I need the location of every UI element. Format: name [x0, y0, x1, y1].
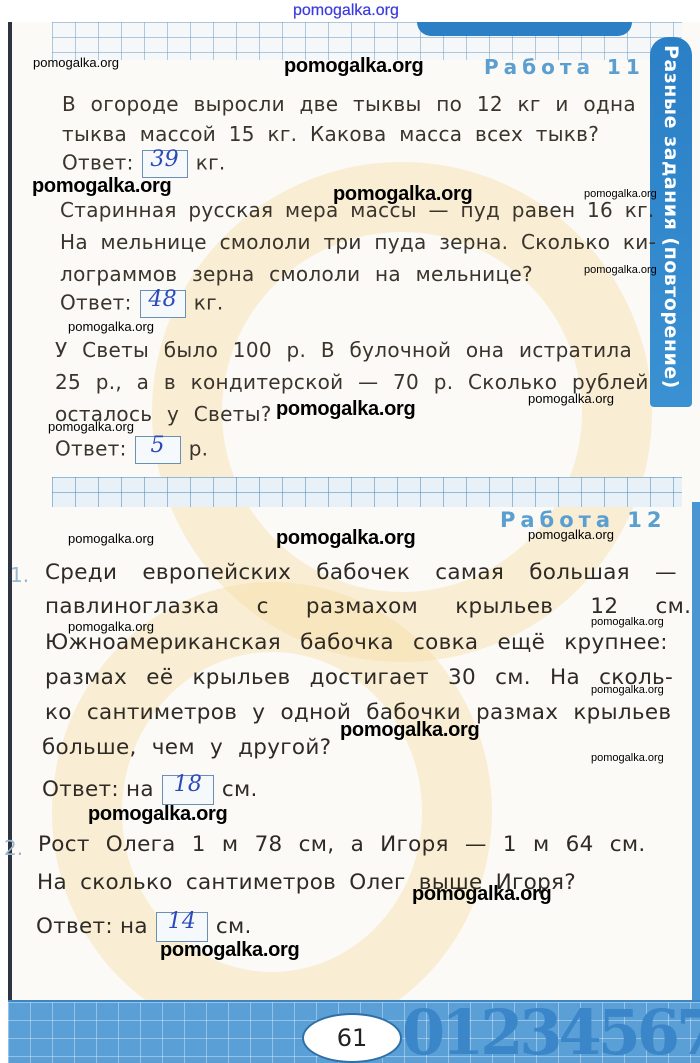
- section-side-tab-label: Разные задания (повторение): [660, 45, 682, 389]
- task-number: 1.: [10, 563, 29, 587]
- answer-unit: см.: [222, 777, 258, 802]
- watermark: pomogalka.org: [584, 264, 657, 276]
- top-tab-decoration: [417, 22, 632, 36]
- watermark: pomogalka.org: [33, 55, 119, 70]
- site-watermark-top: pomogalka.org: [293, 2, 399, 20]
- answer-unit: кг.: [196, 151, 226, 175]
- watermark: pomogalka.org: [68, 531, 154, 546]
- answer-row-11-2: Ответ:48кг.: [60, 290, 224, 318]
- watermark: pomogalka.org: [528, 527, 614, 542]
- watermark: pomogalka.org: [68, 619, 154, 634]
- answer-row-12-2: Ответ: на14см.: [36, 912, 252, 942]
- watermark: pomogalka.org: [528, 391, 614, 406]
- answer-value: 5: [136, 433, 180, 458]
- answer-label: Ответ: на: [36, 914, 148, 939]
- watermark: pomogalka.org: [591, 684, 664, 696]
- watermark: pomogalka.org: [276, 398, 415, 421]
- task-text-line: Рост Олега 1 м 78 см, а Игоря — 1 м 64 с…: [38, 832, 646, 857]
- answer-label: Ответ:: [60, 291, 132, 315]
- answer-row-11-1: Ответ:39кг.: [62, 150, 226, 178]
- task-text-line: размах её крыльев достигает 30 см. На ск…: [45, 665, 673, 690]
- task-text-line: У Светы было 100 р. В булочной она истра…: [55, 338, 632, 362]
- answer-unit: кг.: [194, 291, 224, 315]
- answer-value: 39: [143, 147, 187, 172]
- task-text-line: лограммов зерна смололи на мельнице?: [60, 262, 533, 286]
- task-number: 2.: [4, 836, 23, 860]
- watermark: pomogalka.org: [591, 752, 664, 764]
- answer-box[interactable]: 14: [156, 912, 208, 942]
- answer-label: Ответ: на: [42, 777, 154, 802]
- answer-value: 14: [157, 909, 207, 934]
- answer-unit: р.: [189, 437, 209, 461]
- middle-grid-band: [52, 477, 682, 507]
- answer-box[interactable]: 18: [162, 775, 214, 805]
- decorative-digits: 012345678: [402, 1003, 700, 1063]
- task-text-line: На мельнице смололи три пуда зерна. Скол…: [60, 230, 656, 254]
- watermark: pomogalka.org: [88, 803, 227, 826]
- watermark: pomogalka.org: [412, 883, 551, 906]
- watermark: pomogalka.org: [584, 188, 657, 200]
- work-11-title: Работа 11: [484, 55, 645, 79]
- watermark: pomogalka.org: [160, 939, 299, 962]
- answer-row-12-1: Ответ: на18см.: [42, 775, 258, 805]
- section-side-tab: Разные задания (повторение): [650, 37, 692, 407]
- watermark: pomogalka.org: [591, 616, 664, 628]
- watermark: pomogalka.org: [333, 183, 472, 206]
- watermark: pomogalka.org: [48, 419, 134, 434]
- watermark: pomogalka.org: [32, 175, 171, 198]
- answer-value: 48: [141, 287, 185, 312]
- watermark: pomogalka.org: [276, 527, 415, 550]
- task-text-line: В огороде выросли две тыквы по 12 кг и о…: [62, 92, 636, 116]
- task-text-line: больше, чем у другой?: [42, 735, 331, 760]
- watermark: pomogalka.org: [68, 319, 154, 334]
- watermark: pomogalka.org: [284, 55, 423, 78]
- answer-box[interactable]: 48: [140, 290, 186, 318]
- answer-label: Ответ:: [55, 437, 127, 461]
- answer-box[interactable]: 39: [142, 150, 188, 178]
- answer-value: 18: [163, 772, 213, 797]
- answer-label: Ответ:: [62, 151, 134, 175]
- side-strip-decoration: [692, 502, 700, 1032]
- task-text-line: Среди европейских бабочек самая большая …: [45, 560, 677, 585]
- watermark: pomogalka.org: [340, 719, 479, 742]
- task-text-line: тыква массой 15 кг. Какова масса всех ты…: [62, 122, 599, 146]
- answer-box[interactable]: 5: [135, 436, 181, 464]
- answer-row-11-3: Ответ:5р.: [55, 436, 208, 464]
- answer-unit: см.: [216, 914, 252, 939]
- page-number: 61: [302, 1013, 402, 1063]
